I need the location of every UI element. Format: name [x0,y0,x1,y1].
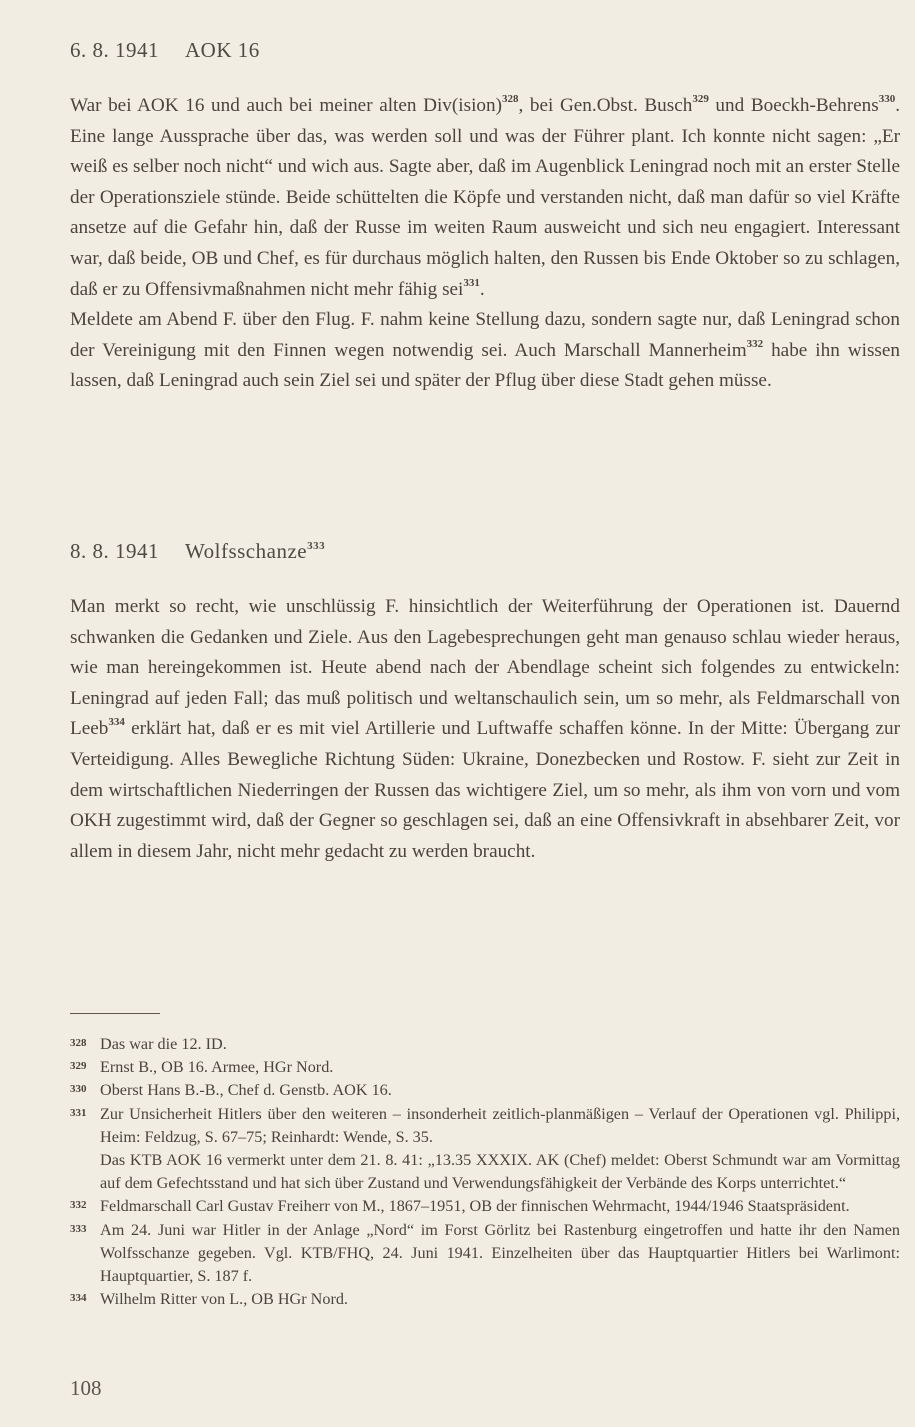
footnote-ref[interactable]: 331 [463,277,480,289]
footnotes: 328 Das war die 12. ID. 329 Ernst B., OB… [70,1033,900,1311]
footnote-text: Das war die 12. ID. [100,1035,227,1053]
footnote-text: Am 24. Juni war Hitler in der Anlage „No… [100,1221,900,1285]
footnote-330: 330 Oberst Hans B.-B., Chef d. Genstb. A… [70,1079,900,1102]
entry-body-2: Man merkt so recht, wie unschlüssig F. h… [70,592,900,867]
entry-date: 6. 8. 1941 [70,38,159,62]
footnote-number: 332 [70,1195,87,1215]
footnote-ref[interactable]: 330 [879,93,896,105]
footnote-ref[interactable]: 329 [692,93,709,105]
footnote-334: 334 Wilhelm Ritter von L., OB HGr Nord. [70,1288,900,1311]
footnote-number: 330 [70,1079,87,1099]
text-segment: und Boeckh-Behrens [709,95,879,116]
paragraph: Meldete am Abend F. über den Flug. F. na… [70,305,900,397]
entry-place: AOK 16 [185,38,260,62]
text-segment: . Eine lange Aussprache über das, was we… [70,95,900,300]
footnote-ref[interactable]: 334 [108,716,125,728]
text-segment: erklärt hat, daß er es mit viel Artiller… [70,718,900,861]
footnote-ref[interactable]: 332 [747,338,764,350]
footnote-ref[interactable]: 328 [502,93,519,105]
footnote-number: 328 [70,1033,87,1053]
footnote-text: Wilhelm Ritter von L., OB HGr Nord. [100,1290,348,1308]
footnote-329: 329 Ernst B., OB 16. Armee, HGr Nord. [70,1056,900,1079]
footnote-ref[interactable]: 333 [307,540,325,552]
page-number: 108 [70,1376,102,1401]
entry-body-1: War bei AOK 16 und auch bei meiner alten… [70,91,900,397]
entry-heading-1: 6. 8. 1941AOK 16 [70,38,260,63]
text-segment: War bei AOK 16 und auch bei meiner alten… [70,95,502,116]
paragraph: Man merkt so recht, wie unschlüssig F. h… [70,592,900,867]
footnote-number: 333 [70,1219,87,1239]
footnote-text: Ernst B., OB 16. Armee, HGr Nord. [100,1058,333,1076]
footnote-text: Feldmarschall Carl Gustav Freiherr von M… [100,1197,850,1215]
paragraph: War bei AOK 16 und auch bei meiner alten… [70,91,900,305]
footnote-number: 334 [70,1288,87,1308]
footnote-number: 329 [70,1056,87,1076]
text-segment: . [480,279,485,300]
footnote-328: 328 Das war die 12. ID. [70,1033,900,1056]
footnote-text: Zur Unsicherheit Hitlers über den weiter… [100,1105,900,1146]
footnote-divider [70,1013,160,1014]
footnote-continuation: Das KTB AOK 16 vermerkt unter dem 21. 8.… [100,1151,900,1192]
footnote-number: 331 [70,1103,87,1123]
entry-place: Wolfsschanze [185,539,307,563]
text-segment: , bei Gen.Obst. Busch [518,95,692,116]
footnote-332: 332 Feldmarschall Carl Gustav Freiherr v… [70,1195,900,1218]
entry-heading-2: 8. 8. 1941Wolfsschanze333 [70,539,325,564]
entry-date: 8. 8. 1941 [70,539,159,563]
footnote-331: 331 Zur Unsicherheit Hitlers über den we… [70,1103,900,1196]
footnote-333: 333 Am 24. Juni war Hitler in der Anlage… [70,1219,900,1289]
footnote-text: Oberst Hans B.-B., Chef d. Genstb. AOK 1… [100,1081,392,1099]
